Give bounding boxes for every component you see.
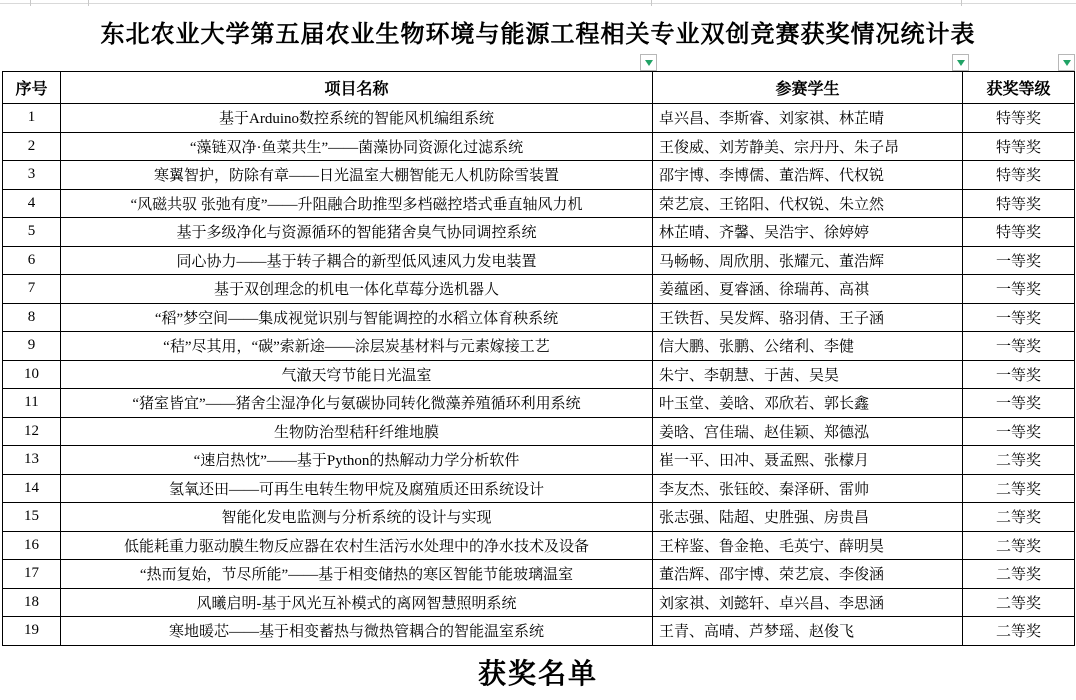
table-row: 8 “稻”梦空间——集成视觉识别与智能调控的水稻立体育秧系统 王铁哲、吴发辉、骆…: [3, 303, 1075, 332]
table-row: 7 基于双创理念的机电一体化草莓分选机器人 姜蕴函、夏睿涵、徐瑞苒、高祺 一等奖: [3, 275, 1075, 304]
cell-students[interactable]: 董浩辉、邵宇博、荣艺宸、李俊涵: [653, 560, 963, 589]
cell-project[interactable]: 基于Arduino数控系统的智能风机编组系统: [61, 104, 653, 133]
table-row: 17 “热而复始，节尽所能”——基于相变储热的寒区智能节能玻璃温室 董浩辉、邵宇…: [3, 560, 1075, 589]
cell-award[interactable]: 一等奖: [963, 332, 1075, 361]
cell-project[interactable]: “猪室皆宜”——猪舍尘湿净化与氨碳协同转化微藻养殖循环利用系统: [61, 389, 653, 418]
cell-project[interactable]: 基于多级净化与资源循环的智能猪舍臭气协同调控系统: [61, 218, 653, 247]
cell-students[interactable]: 信大鹏、张鹏、公绪利、李健: [653, 332, 963, 361]
table-row: 14 氢氧还田——可再生电转生物甲烷及腐殖质还田系统设计 李友杰、张钰皎、秦泽研…: [3, 474, 1075, 503]
cell-project[interactable]: “秸”尽其用，“碳”索新途——涂层炭基材料与元素嫁接工艺: [61, 332, 653, 361]
cell-project[interactable]: “风磁共驭 张弛有度”——升阻融合助推型多档磁控塔式垂直轴风力机: [61, 189, 653, 218]
cell-project[interactable]: 基于双创理念的机电一体化草莓分选机器人: [61, 275, 653, 304]
filter-dropdown-icon: [645, 60, 653, 66]
cell-no[interactable]: 5: [3, 218, 61, 247]
cell-award[interactable]: 一等奖: [963, 417, 1075, 446]
cell-project[interactable]: “稻”梦空间——集成视觉识别与智能调控的水稻立体育秧系统: [61, 303, 653, 332]
table-row: 6 同心协力——基于转子耦合的新型低风速风力发电装置 马畅畅、周欣朋、张耀元、董…: [3, 246, 1075, 275]
table-row: 9 “秸”尽其用，“碳”索新途——涂层炭基材料与元素嫁接工艺 信大鹏、张鹏、公绪…: [3, 332, 1075, 361]
cell-students[interactable]: 张志强、陆超、史胜强、房贵昌: [653, 503, 963, 532]
cell-no[interactable]: 1: [3, 104, 61, 133]
cell-project[interactable]: 低能耗重力驱动膜生物反应器在农村生活污水处理中的净水技术及设备: [61, 531, 653, 560]
cell-award[interactable]: 特等奖: [963, 161, 1075, 190]
cell-no[interactable]: 4: [3, 189, 61, 218]
cell-students[interactable]: 崔一平、田冲、聂孟熙、张檬月: [653, 446, 963, 475]
cell-no[interactable]: 9: [3, 332, 61, 361]
cell-award[interactable]: 二等奖: [963, 617, 1075, 646]
table-row: 13 “速启热忱”——基于Python的热解动力学分析软件 崔一平、田冲、聂孟熙…: [3, 446, 1075, 475]
cell-no[interactable]: 17: [3, 560, 61, 589]
footer-title: 获奖名单: [0, 652, 1076, 692]
header-no[interactable]: 序号: [3, 72, 61, 104]
cell-students[interactable]: 王俊威、刘芳静美、宗丹丹、朱子昂: [653, 132, 963, 161]
cell-award[interactable]: 二等奖: [963, 474, 1075, 503]
cell-students[interactable]: 王铁哲、吴发辉、骆羽倩、王子涵: [653, 303, 963, 332]
cell-project[interactable]: 同心协力——基于转子耦合的新型低风速风力发电装置: [61, 246, 653, 275]
cell-award[interactable]: 特等奖: [963, 218, 1075, 247]
cell-award[interactable]: 二等奖: [963, 560, 1075, 589]
table-row: 10 气澈天穹节能日光温室 朱宁、李朝慧、于茜、吴昊 一等奖: [3, 360, 1075, 389]
cell-project[interactable]: 寒翼智护，防除有章——日光温室大棚智能无人机防除雪装置: [61, 161, 653, 190]
cell-award[interactable]: 一等奖: [963, 246, 1075, 275]
cell-no[interactable]: 7: [3, 275, 61, 304]
cell-students[interactable]: 林芷晴、齐馨、吴浩宇、徐婷婷: [653, 218, 963, 247]
table-row: 4 “风磁共驭 张弛有度”——升阻融合助推型多档磁控塔式垂直轴风力机 荣艺宸、王…: [3, 189, 1075, 218]
cell-no[interactable]: 14: [3, 474, 61, 503]
cell-project[interactable]: 风曦启明-基于风光互补模式的离网智慧照明系统: [61, 588, 653, 617]
cell-project[interactable]: 氢氧还田——可再生电转生物甲烷及腐殖质还田系统设计: [61, 474, 653, 503]
filter-dropdown-icon: [957, 60, 965, 66]
cell-no[interactable]: 11: [3, 389, 61, 418]
filter-dropdown-icon: [1063, 60, 1071, 66]
cell-project[interactable]: 气澈天穹节能日光温室: [61, 360, 653, 389]
table-row: 5 基于多级净化与资源循环的智能猪舍臭气协同调控系统 林芷晴、齐馨、吴浩宇、徐婷…: [3, 218, 1075, 247]
cell-students[interactable]: 李友杰、张钰皎、秦泽研、雷帅: [653, 474, 963, 503]
table-row: 2 “藻链双净·鱼菜共生”——菌藻协同资源化过滤系统 王俊威、刘芳静美、宗丹丹、…: [3, 132, 1075, 161]
cell-project[interactable]: 寒地暖芯——基于相变蓄热与微热管耦合的智能温室系统: [61, 617, 653, 646]
header-project[interactable]: 项目名称: [61, 72, 653, 104]
cell-no[interactable]: 16: [3, 531, 61, 560]
cell-students[interactable]: 朱宁、李朝慧、于茜、吴昊: [653, 360, 963, 389]
cell-project[interactable]: “藻链双净·鱼菜共生”——菌藻协同资源化过滤系统: [61, 132, 653, 161]
table-row: 19 寒地暖芯——基于相变蓄热与微热管耦合的智能温室系统 王青、高晴、芦梦瑶、赵…: [3, 617, 1075, 646]
table-row: 15 智能化发电监测与分析系统的设计与实现 张志强、陆超、史胜强、房贵昌 二等奖: [3, 503, 1075, 532]
cell-award[interactable]: 特等奖: [963, 132, 1075, 161]
table-row: 12 生物防治型秸秆纤维地膜 姜晗、宫佳瑞、赵佳颖、郑德泓 一等奖: [3, 417, 1075, 446]
cell-students[interactable]: 王梓鉴、鲁金艳、毛英宁、薛明昊: [653, 531, 963, 560]
cell-project[interactable]: “速启热忱”——基于Python的热解动力学分析软件: [61, 446, 653, 475]
table-row: 18 风曦启明-基于风光互补模式的离网智慧照明系统 刘家祺、刘懿轩、卓兴昌、李思…: [3, 588, 1075, 617]
awards-table: 序号 项目名称 参赛学生 获奖等级 1 基于Arduino数控系统的智能风机编组…: [2, 71, 1075, 646]
cell-project[interactable]: 智能化发电监测与分析系统的设计与实现: [61, 503, 653, 532]
cell-award[interactable]: 一等奖: [963, 389, 1075, 418]
cell-students[interactable]: 姜晗、宫佳瑞、赵佳颖、郑德泓: [653, 417, 963, 446]
cell-students[interactable]: 姜蕴函、夏睿涵、徐瑞苒、高祺: [653, 275, 963, 304]
spreadsheet-gridline-tick: [961, 0, 962, 6]
table-row: 3 寒翼智护，防除有章——日光温室大棚智能无人机防除雪装置 邵宇博、李博儒、董浩…: [3, 161, 1075, 190]
sheet-title: 东北农业大学第五届农业生物环境与能源工程相关专业双创竞赛获奖情况统计表: [0, 14, 1076, 49]
cell-students[interactable]: 邵宇博、李博儒、董浩辉、代权锐: [653, 161, 963, 190]
filter-button-project[interactable]: [640, 54, 657, 71]
cell-award[interactable]: 一等奖: [963, 360, 1075, 389]
cell-students[interactable]: 叶玉堂、姜晗、邓欣若、郭长鑫: [653, 389, 963, 418]
cell-award[interactable]: 特等奖: [963, 189, 1075, 218]
spreadsheet-gridline-tick: [88, 0, 89, 6]
cell-award[interactable]: 二等奖: [963, 588, 1075, 617]
awards-table-body: 1 基于Arduino数控系统的智能风机编组系统 卓兴昌、李斯睿、刘家祺、林芷晴…: [3, 104, 1075, 646]
cell-no[interactable]: 3: [3, 161, 61, 190]
cell-no[interactable]: 15: [3, 503, 61, 532]
cell-students[interactable]: 卓兴昌、李斯睿、刘家祺、林芷晴: [653, 104, 963, 133]
cell-students[interactable]: 刘家祺、刘懿轩、卓兴昌、李思涵: [653, 588, 963, 617]
header-students[interactable]: 参赛学生: [653, 72, 963, 104]
table-row: 11 “猪室皆宜”——猪舍尘湿净化与氨碳协同转化微藻养殖循环利用系统 叶玉堂、姜…: [3, 389, 1075, 418]
cell-project[interactable]: “热而复始，节尽所能”——基于相变储热的寒区智能节能玻璃温室: [61, 560, 653, 589]
filter-button-students[interactable]: [952, 54, 969, 71]
header-row: 序号 项目名称 参赛学生 获奖等级: [3, 72, 1075, 104]
cell-project[interactable]: 生物防治型秸秆纤维地膜: [61, 417, 653, 446]
cell-no[interactable]: 18: [3, 588, 61, 617]
table-row: 1 基于Arduino数控系统的智能风机编组系统 卓兴昌、李斯睿、刘家祺、林芷晴…: [3, 104, 1075, 133]
spreadsheet-gridline: [0, 3, 1076, 4]
cell-no[interactable]: 12: [3, 417, 61, 446]
header-award[interactable]: 获奖等级: [963, 72, 1075, 104]
cell-award[interactable]: 二等奖: [963, 446, 1075, 475]
cell-award[interactable]: 一等奖: [963, 275, 1075, 304]
cell-award[interactable]: 二等奖: [963, 531, 1075, 560]
table-row: 16 低能耗重力驱动膜生物反应器在农村生活污水处理中的净水技术及设备 王梓鉴、鲁…: [3, 531, 1075, 560]
cell-no[interactable]: 13: [3, 446, 61, 475]
cell-no[interactable]: 8: [3, 303, 61, 332]
cell-award[interactable]: 二等奖: [963, 503, 1075, 532]
cell-students[interactable]: 王青、高晴、芦梦瑶、赵俊飞: [653, 617, 963, 646]
cell-award[interactable]: 特等奖: [963, 104, 1075, 133]
cell-no[interactable]: 10: [3, 360, 61, 389]
cell-no[interactable]: 6: [3, 246, 61, 275]
cell-no[interactable]: 19: [3, 617, 61, 646]
filter-button-award[interactable]: [1058, 54, 1075, 71]
cell-award[interactable]: 一等奖: [963, 303, 1075, 332]
cell-students[interactable]: 荣艺宸、王铭阳、代权锐、朱立然: [653, 189, 963, 218]
cell-students[interactable]: 马畅畅、周欣朋、张耀元、董浩辉: [653, 246, 963, 275]
spreadsheet-gridline-tick: [651, 0, 652, 6]
cell-no[interactable]: 2: [3, 132, 61, 161]
spreadsheet-gridline-tick: [30, 0, 31, 6]
